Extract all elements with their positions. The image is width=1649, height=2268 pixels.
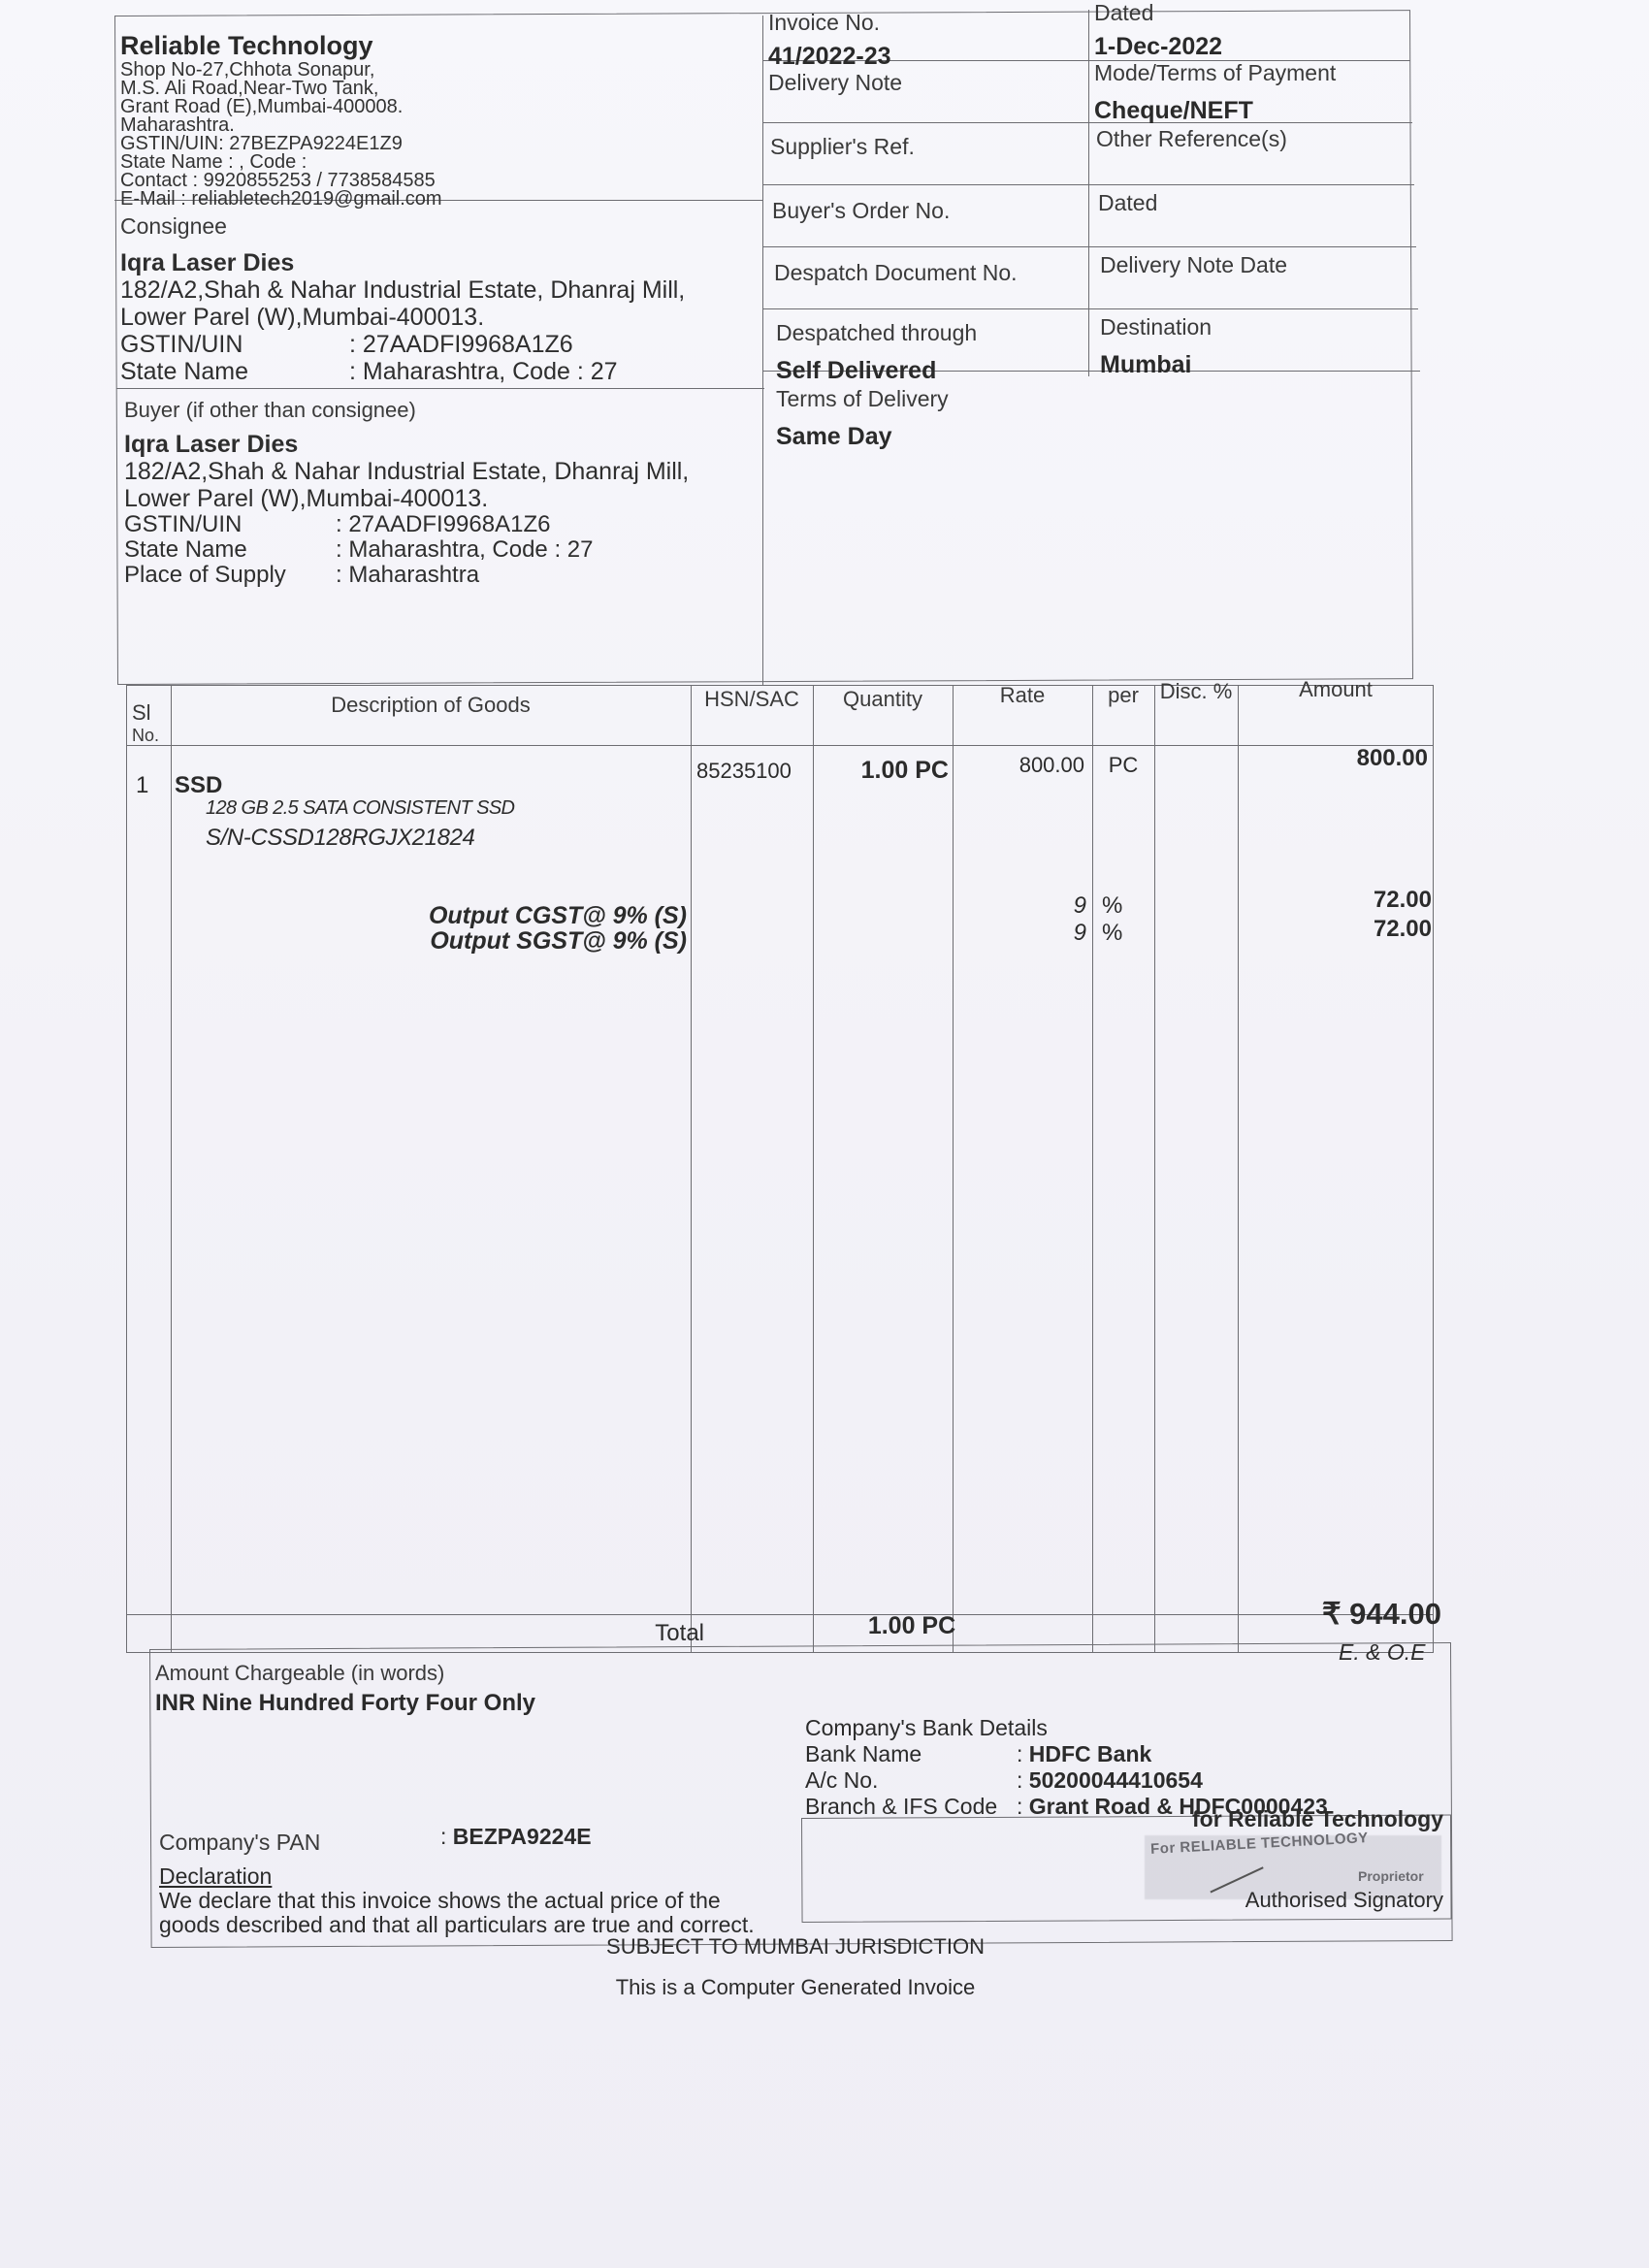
total-label: Total: [171, 1620, 704, 1647]
payment-terms-label: Mode/Terms of Payment: [1094, 60, 1336, 86]
payment-terms: Cheque/NEFT: [1094, 97, 1253, 125]
delivery-note-label: Delivery Note: [768, 70, 902, 96]
th-per: per: [1092, 683, 1154, 708]
item-detail: 128 GB 2.5 SATA CONSISTENT SSD: [206, 797, 514, 820]
consignee-address: Lower Parel (W),Mumbai-400013.: [120, 304, 685, 331]
supplier-ref-label: Supplier's Ref.: [770, 134, 915, 160]
col-divider: [1154, 685, 1155, 1653]
seller-block: Reliable Technology Shop No-27,Chhota So…: [120, 31, 442, 209]
consignee-state-label: State Name: [120, 358, 349, 385]
tax-rate: 9: [1028, 892, 1086, 920]
pan-row: : BEZPA9224E: [440, 1824, 592, 1850]
pan-label: Company's PAN: [159, 1830, 320, 1856]
delivery-note-date-label: Delivery Note Date: [1100, 252, 1287, 278]
tax-label: Output CGST@ 9% (S): [291, 902, 687, 930]
item-name: SSD: [175, 772, 222, 799]
rule: [762, 308, 1418, 309]
amount-in-words: INR Nine Hundred Forty Four Only: [155, 1690, 535, 1717]
consignee-state: : Maharashtra, Code : 27: [349, 358, 618, 385]
pan-value: BEZPA9224E: [453, 1824, 592, 1849]
destination: Mumbai: [1100, 351, 1191, 379]
despatched-through-label: Despatched through: [776, 320, 977, 346]
bank-details: Company's Bank Details Bank Name: HDFC B…: [805, 1715, 1328, 1820]
buyer-state: : Maharashtra, Code : 27: [336, 536, 593, 563]
th-quantity: Quantity: [813, 687, 953, 712]
buyer-address: 182/A2,Shah & Nahar Industrial Estate, D…: [124, 458, 689, 485]
terms-delivery: Same Day: [776, 423, 892, 451]
buyer-block: Buyer (if other than consignee) Iqra Las…: [124, 398, 689, 588]
words-label: Amount Chargeable (in words): [155, 1661, 444, 1686]
dated-label: Dated: [1094, 0, 1153, 26]
item-qty: 1.00 PC: [813, 757, 949, 785]
meta-divider: [1088, 10, 1089, 376]
invoice-no-label: Invoice No.: [768, 10, 880, 36]
th-sl-no: No.: [132, 726, 159, 746]
col-divider: [691, 685, 692, 1653]
consignee-name-text: Iqra Laser Dies: [120, 249, 294, 276]
total-amount: ₹ 944.00: [1238, 1597, 1441, 1632]
buyer-pos-row: Place of Supply: Maharashtra: [124, 563, 689, 588]
col-divider: [813, 685, 814, 1653]
bank-name: HDFC Bank: [1029, 1741, 1152, 1766]
item-hsn: 85235100: [696, 759, 792, 784]
bank-name-label: Bank Name: [805, 1741, 1017, 1767]
buyer-state-row: State Name: Maharashtra, Code : 27: [124, 537, 689, 563]
terms-delivery-label: Terms of Delivery: [776, 386, 949, 412]
buyer-pos: : Maharashtra: [336, 562, 479, 588]
th-hsn: HSN/SAC: [691, 687, 813, 712]
col-divider: [1238, 685, 1239, 1653]
th-disc: Disc. %: [1154, 679, 1238, 704]
authorised-signatory: Authorised Signatory: [1067, 1888, 1443, 1913]
buyer-gstin-row: GSTIN/UIN: 27AADFI9968A1Z6: [124, 512, 689, 537]
tax-amount: 72.00: [1238, 916, 1432, 943]
buyer-order-dated-label: Dated: [1098, 190, 1157, 216]
declaration-heading: Declaration: [159, 1864, 755, 1889]
header-divider: [762, 16, 763, 685]
seller-email: E-Mail : reliabletech2019@gmail.com: [120, 190, 442, 209]
item-per: PC: [1092, 753, 1154, 778]
tax-per: %: [1102, 892, 1122, 920]
buyer-gstin: : 27AADFI9968A1Z6: [336, 511, 550, 537]
seller-name: Reliable Technology: [120, 31, 442, 61]
buyer-name: Iqra Laser Dies: [124, 431, 689, 458]
bank-acc-row: A/c No.: 50200044410654: [805, 1767, 1328, 1794]
jurisdiction: SUBJECT TO MUMBAI JURISDICTION: [504, 1934, 1086, 1960]
item-serial: S/N-CSSD128RGJX21824: [206, 825, 474, 852]
consignee-block: Consignee Iqra Laser Dies 182/A2,Shah & …: [120, 213, 685, 385]
buyer-pos-label: Place of Supply: [124, 563, 336, 588]
th-amount: Amount: [1238, 677, 1434, 702]
bank-acc-label: A/c No.: [805, 1767, 1017, 1794]
invoice-page: Reliable Technology Shop No-27,Chhota So…: [0, 0, 1649, 2268]
for-company: for Reliable Technology: [1067, 1806, 1443, 1832]
bank-heading: Company's Bank Details: [805, 1715, 1328, 1741]
stamp-role: Proprietor: [1358, 1868, 1424, 1884]
buyer-state-label: State Name: [124, 537, 336, 563]
consignee-address: 182/A2,Shah & Nahar Industrial Estate, D…: [120, 276, 685, 304]
bank-acc: 50200044410654: [1029, 1767, 1203, 1793]
item-amount: 800.00: [1238, 745, 1428, 772]
computer-generated: This is a Computer Generated Invoice: [504, 1975, 1086, 2000]
declaration-line: We declare that this invoice shows the a…: [159, 1889, 755, 1913]
tax-rate: 9: [1028, 920, 1086, 947]
bank-branch-label: Branch & IFS Code: [805, 1794, 1017, 1820]
tax-amount: 72.00: [1238, 887, 1432, 914]
th-rate: Rate: [953, 683, 1092, 708]
item-sl: 1: [136, 772, 148, 799]
total-qty: 1.00 PC: [842, 1612, 982, 1640]
consignee-name: Iqra Laser Dies: [120, 249, 685, 276]
consignee-gstin-row: GSTIN/UIN: 27AADFI9968A1Z6: [120, 331, 685, 358]
despatch-doc-label: Despatch Document No.: [774, 260, 1018, 286]
rule: [762, 246, 1416, 247]
buyer-name-text: Iqra Laser Dies: [124, 431, 298, 458]
buyer-address: Lower Parel (W),Mumbai-400013.: [124, 485, 689, 512]
tax-label: Output SGST@ 9% (S): [291, 927, 687, 956]
item-rate: 800.00: [953, 753, 1084, 778]
other-ref-label: Other Reference(s): [1096, 126, 1287, 152]
col-divider: [953, 685, 954, 1653]
rule: [762, 122, 1412, 123]
consignee-gstin-label: GSTIN/UIN: [120, 331, 349, 358]
invoice-no: 41/2022-23: [768, 43, 891, 71]
despatched-through: Self Delivered: [776, 357, 936, 385]
buyer-gstin-label: GSTIN/UIN: [124, 512, 336, 537]
rule: [762, 184, 1414, 185]
invoice-date: 1-Dec-2022: [1094, 33, 1222, 61]
buyer-heading: Buyer (if other than consignee): [124, 398, 689, 423]
rule: [116, 388, 764, 389]
eoe: E. & O.E: [1339, 1639, 1425, 1666]
th-description: Description of Goods: [171, 693, 691, 718]
consignee-state-row: State Name: Maharashtra, Code : 27: [120, 358, 685, 385]
declaration: Declaration We declare that this invoice…: [159, 1864, 755, 1937]
col-divider: [1092, 685, 1093, 1653]
tax-per: %: [1102, 920, 1122, 947]
consignee-gstin: : 27AADFI9968A1Z6: [349, 331, 573, 358]
th-sl: Sl: [132, 700, 151, 726]
buyer-order-label: Buyer's Order No.: [772, 198, 950, 224]
bank-name-row: Bank Name: HDFC Bank: [805, 1741, 1328, 1767]
col-divider: [171, 685, 172, 1653]
destination-label: Destination: [1100, 314, 1212, 340]
consignee-heading: Consignee: [120, 213, 685, 240]
